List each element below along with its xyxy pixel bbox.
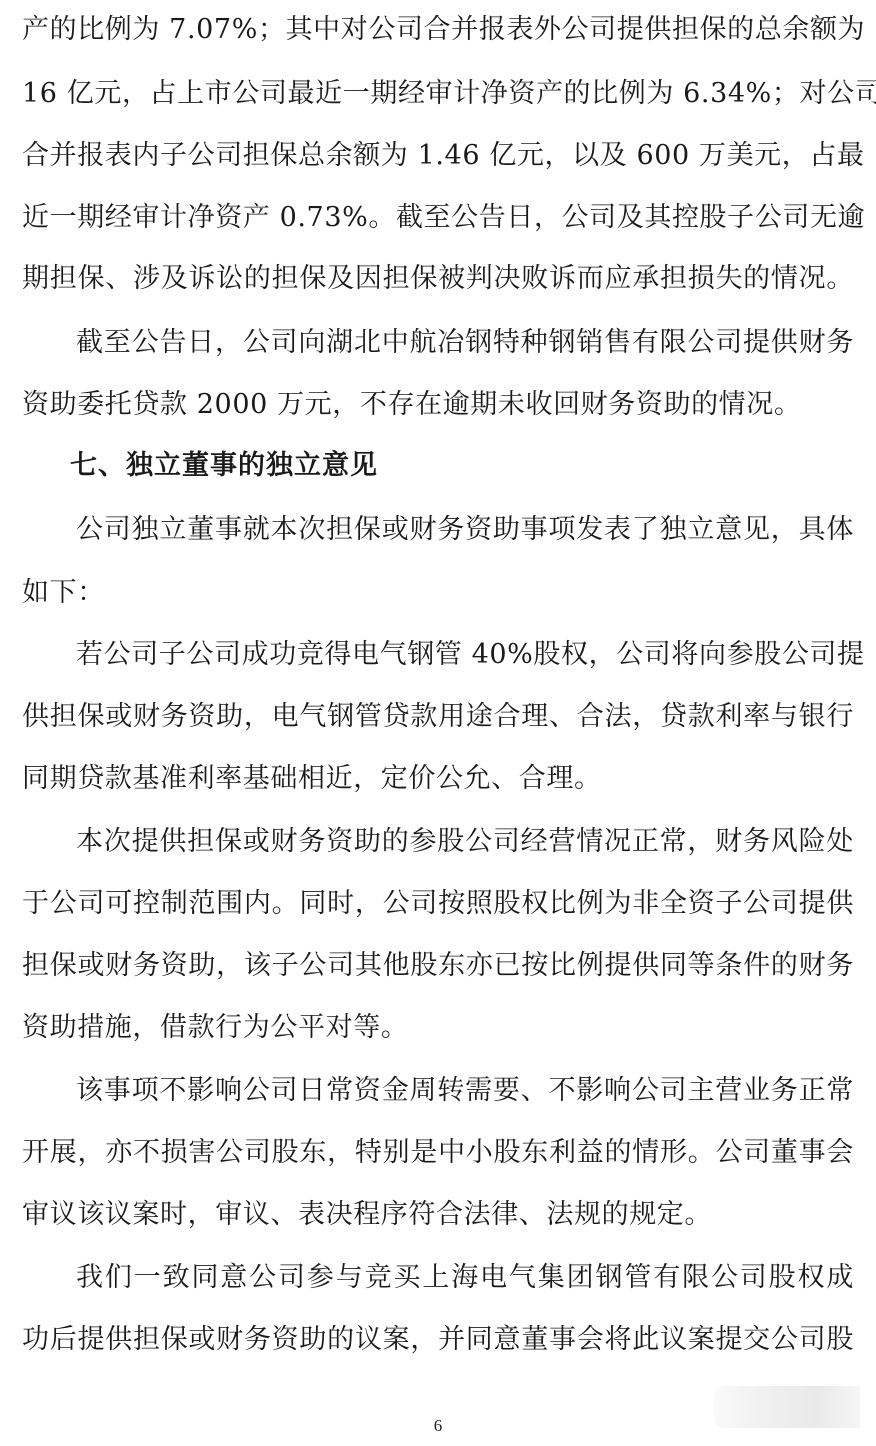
paragraph-line: 16 亿元，占上市公司最近一期经审计净资产的比例为 6.34%；对公司: [22, 76, 854, 112]
page-number: 6: [0, 1416, 876, 1436]
paragraph-line: 供担保或财务资助，电气钢管贷款用途合理、合法，贷款利率与银行: [22, 699, 854, 735]
paragraph-line: 资助措施，借款行为公平对等。: [22, 1010, 854, 1046]
paragraph-line: 担保或财务资助，该子公司其他股东亦已按比例提供同等条件的财务: [22, 948, 854, 984]
paragraph-line: 公司独立董事就本次担保或财务资助事项发表了独立意见，具体: [76, 512, 854, 548]
paragraph-line: 本次提供担保或财务资助的参股公司经营情况正常，财务风险处: [76, 824, 854, 860]
paragraph-line: 若公司子公司成功竞得电气钢管 40%股权，公司将向参股公司提: [76, 637, 854, 673]
paragraph-line: 近一期经审计净资产 0.73%。截至公告日，公司及其控股子公司无逾: [22, 200, 854, 236]
paragraph-line: 开展，亦不损害公司股东，特别是中小股东利益的情形。公司董事会: [22, 1135, 854, 1171]
paragraph-line: 同期贷款基准利率基础相近，定价公允、合理。: [22, 761, 854, 797]
document-page: 产的比例为 7.07%；其中对公司合并报表外公司提供担保的总余额为 16 亿元，…: [0, 0, 876, 1446]
paragraph-line: 产的比例为 7.07%；其中对公司合并报表外公司提供担保的总余额为: [22, 12, 854, 48]
paragraph-line: 审议该议案时，审议、表决程序符合法律、法规的规定。: [22, 1197, 854, 1233]
paragraph-line: 如下：: [22, 575, 854, 611]
paragraph-line: 合并报表内子公司担保总余额为 1.46 亿元，以及 600 万美元，占最: [22, 138, 854, 174]
paragraph-line: 功后提供担保或财务资助的议案，并同意董事会将此议案提交公司股: [22, 1322, 854, 1358]
paragraph-line: 于公司可控制范围内。同时，公司按照股权比例为非全资子公司提供: [22, 886, 854, 922]
paragraph-line: 期担保、涉及诉讼的担保及因担保被判决败诉而应承担损失的情况。: [22, 261, 854, 297]
paragraph-line: 资助委托贷款 2000 万元，不存在逾期未收回财务资助的情况。: [22, 387, 854, 423]
paragraph-line: 该事项不影响公司日常资金周转需要、不影响公司主营业务正常: [76, 1073, 854, 1109]
paragraph-line: 截至公告日，公司向湖北中航冶钢特种钢销售有限公司提供财务: [76, 325, 854, 361]
paragraph-line: 我们一致同意公司参与竞买上海电气集团钢管有限公司股权成: [76, 1260, 854, 1296]
section-heading: 七、独立董事的独立意见: [70, 448, 378, 484]
